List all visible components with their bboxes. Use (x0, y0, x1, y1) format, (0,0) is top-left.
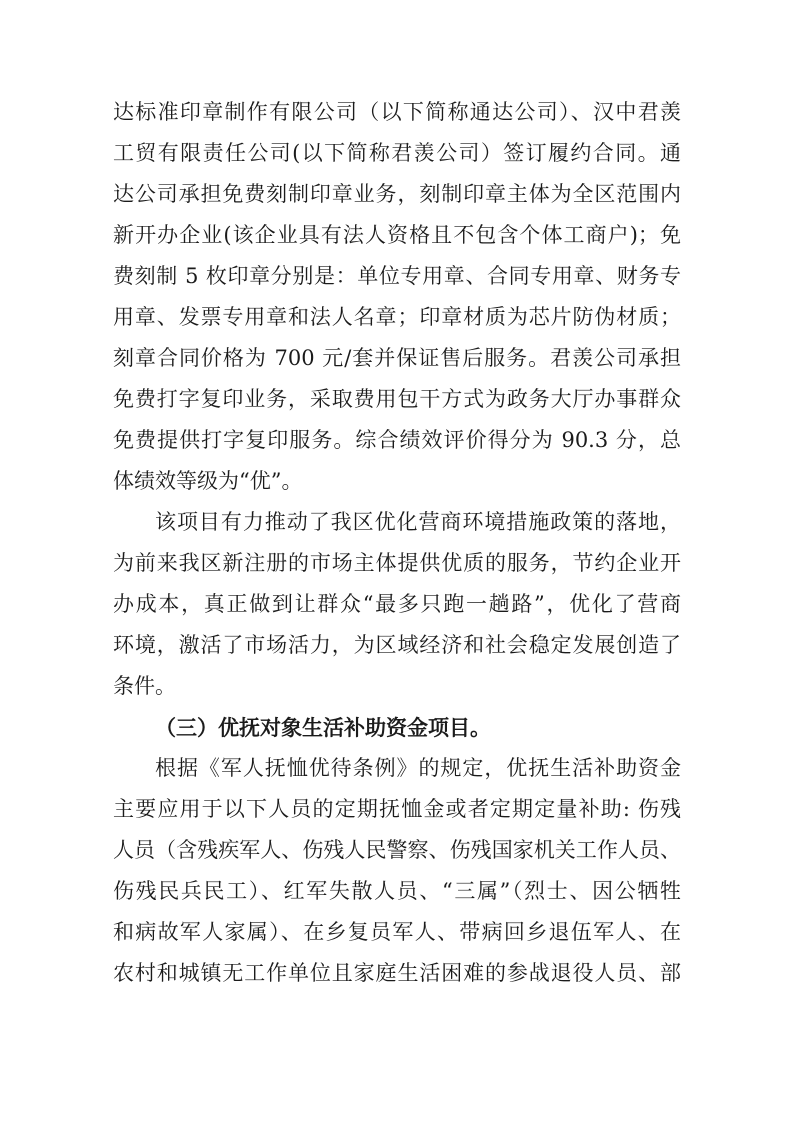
text-line: 刻章合同价格为 700 元/套并保证售后服务。君羡公司承担 (113, 338, 681, 379)
text-line: 根据《军人抚恤优待条例》的规定，优抚生活补助资金 (113, 748, 681, 789)
text-line: 办成本，真正做到让群众“最多只跑一趟路”，优化了营商 (113, 584, 681, 625)
section-heading: （三）优抚对象生活补助资金项目。 (113, 707, 681, 748)
text-line: 该项目有力推动了我区优化营商环境措施政策的落地， (113, 502, 681, 543)
text-line: 费刻制 5 枚印章分别是：单位专用章、合同专用章、财务专 (113, 256, 681, 297)
text-line: 和病故军人家属）、在乡复员军人、带病回乡退伍军人、在 (113, 912, 681, 953)
text-line: 体绩效等级为“优”。 (113, 461, 681, 502)
text-line: 伤残民兵民工）、红军失散人员、“三属”（烈士、因公牺牲 (113, 871, 681, 912)
text-line: 农村和城镇无工作单位且家庭生活困难的参战退役人员、部 (113, 953, 681, 994)
text-line: 主要应用于以下人员的定期抚恤金或者定期定量补助: 伤残 (113, 789, 681, 830)
document-page: 达标准印章制作有限公司（以下简称通达公司）、汉中君羡工贸有限责任公司(以下简称君… (0, 0, 793, 1122)
text-line: 工贸有限责任公司(以下简称君羡公司）签订履约合同。通 (113, 133, 681, 174)
text-line: 用章、发票专用章和法人名章；印章材质为芯片防伪材质； (113, 297, 681, 338)
text-line: 人员（含残疾军人、伤残人民警察、伤残国家机关工作人员、 (113, 830, 681, 871)
text-line: 免费打字复印业务，采取费用包干方式为政务大厅办事群众 (113, 379, 681, 420)
document-body-text: 达标准印章制作有限公司（以下简称通达公司）、汉中君羡工贸有限责任公司(以下简称君… (113, 92, 681, 994)
text-line: 为前来我区新注册的市场主体提供优质的服务，节约企业开 (113, 543, 681, 584)
text-line: 条件。 (113, 666, 681, 707)
text-line: 达标准印章制作有限公司（以下简称通达公司）、汉中君羡 (113, 92, 681, 133)
text-line: 环境，激活了市场活力，为区域经济和社会稳定发展创造了 (113, 625, 681, 666)
text-line: 新开办企业(该企业具有法人资格且不包含个体工商户)；免 (113, 215, 681, 256)
text-line: 达公司承担免费刻制印章业务，刻制印章主体为全区范围内 (113, 174, 681, 215)
text-line: 免费提供打字复印服务。综合绩效评价得分为 90.3 分，总 (113, 420, 681, 461)
